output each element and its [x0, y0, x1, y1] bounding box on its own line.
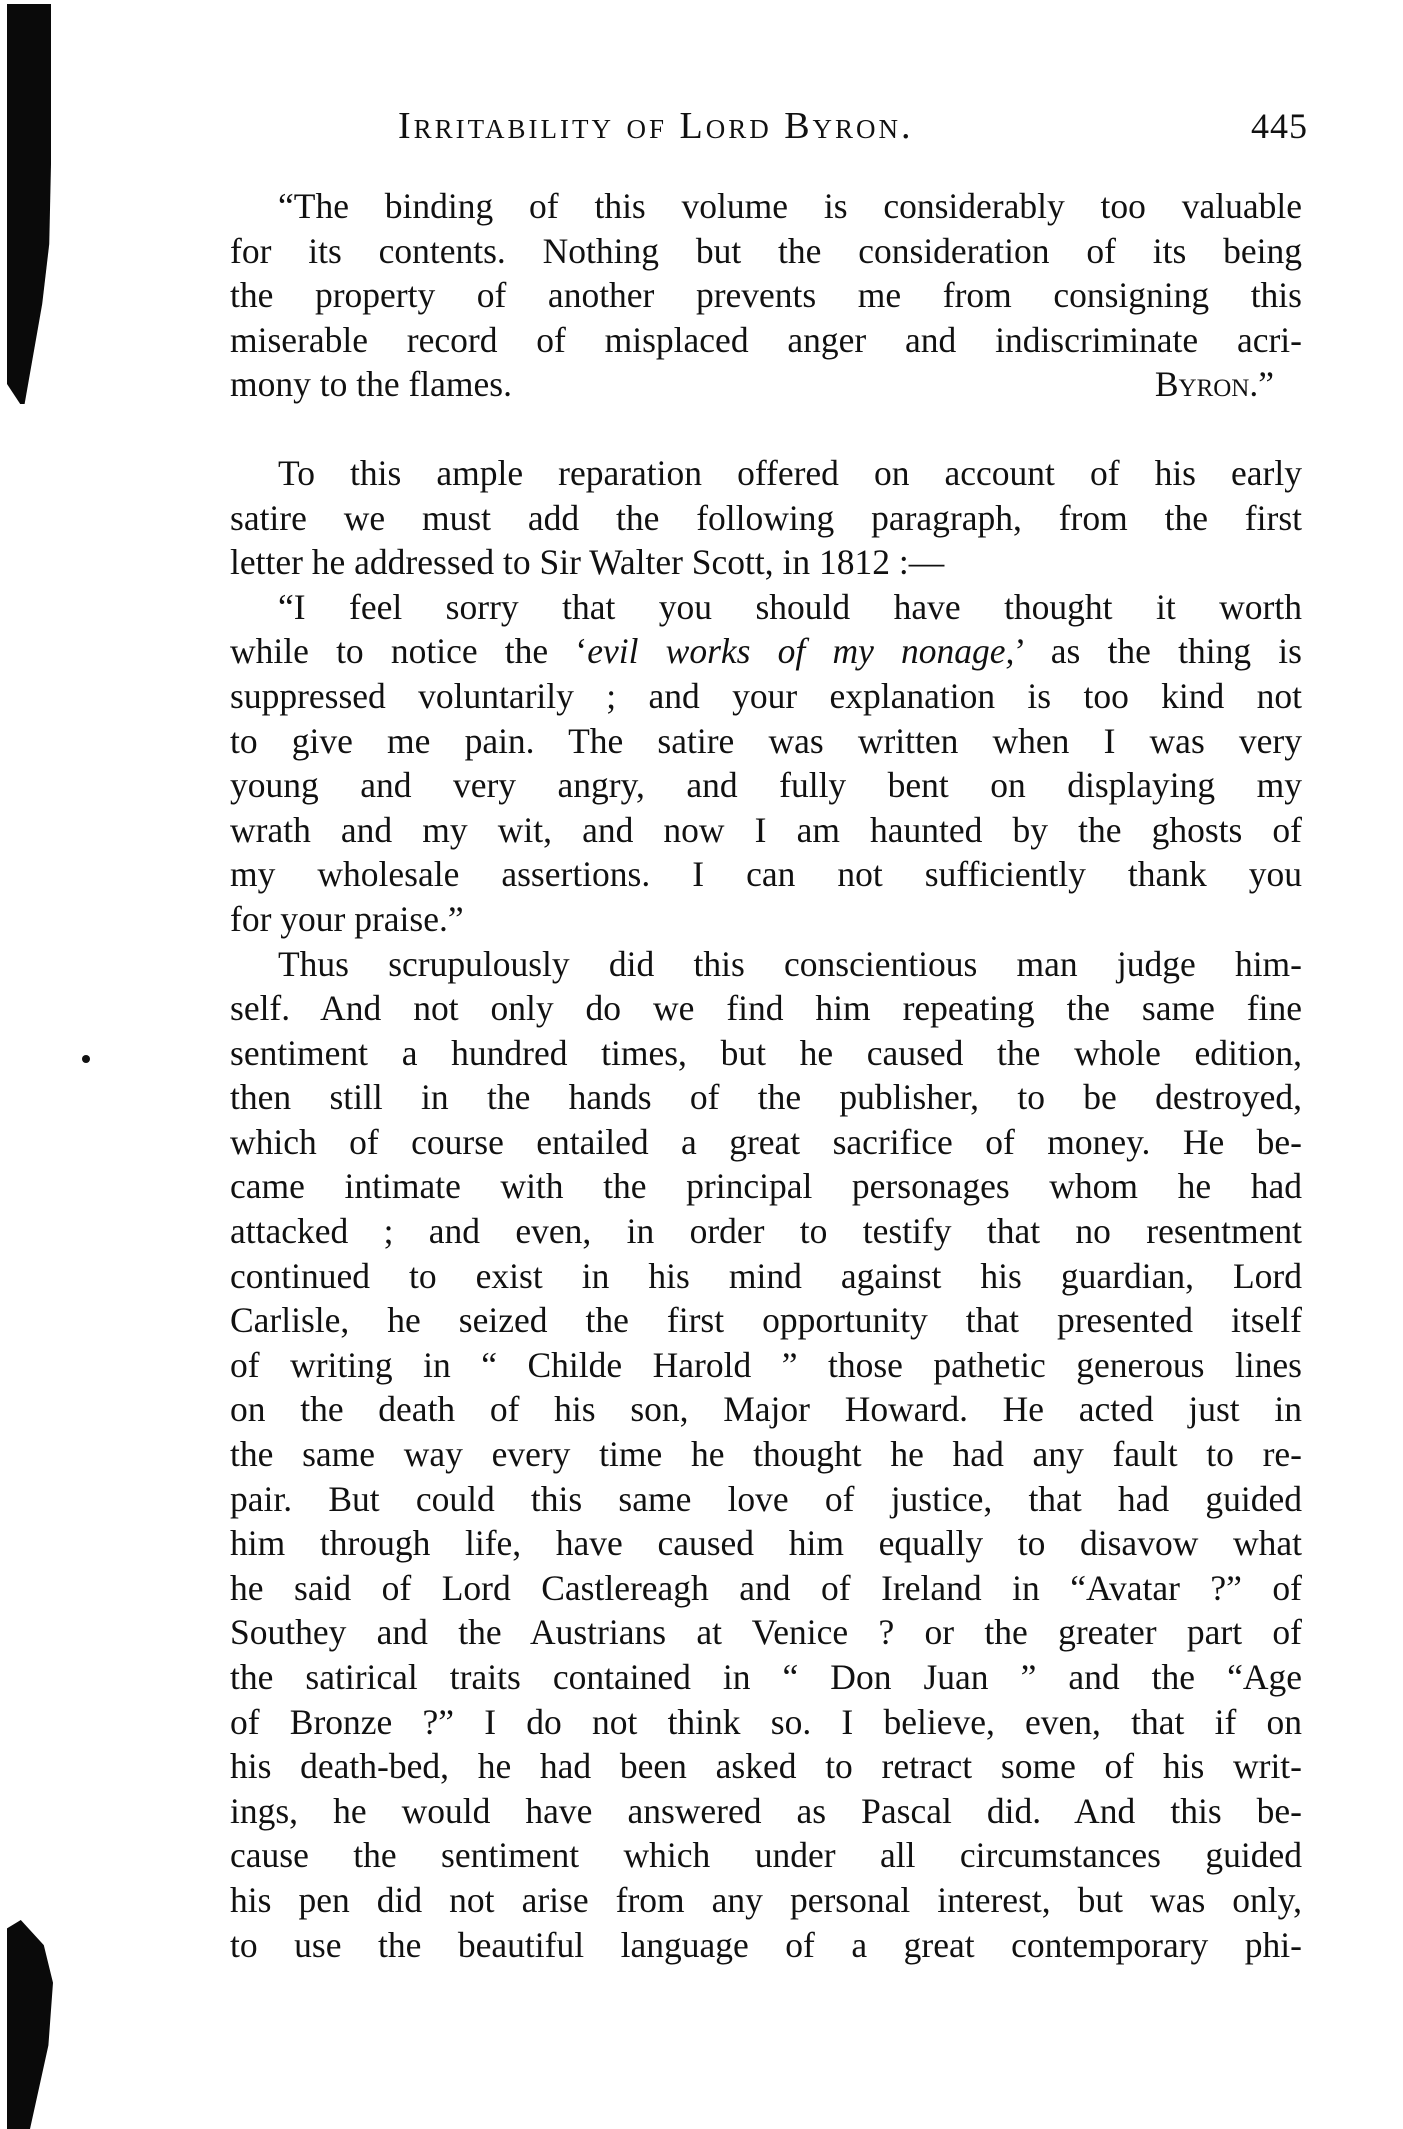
text-line: continued to exist in his mind against h… — [230, 1254, 1302, 1299]
text-line: Carlisle, he seized the first opportunit… — [230, 1298, 1302, 1343]
paragraph-scrupulous: Thus scrupulously did this conscientious… — [230, 942, 1302, 1968]
text-fragment: while to notice the ‘ — [230, 631, 587, 671]
text-line: Thus scrupulously did this conscientious… — [230, 942, 1302, 987]
signature: Byron.” — [1155, 362, 1302, 407]
text-line: “The binding of this volume is considera… — [230, 184, 1302, 229]
text-line: sentiment a hundred times, but he caused… — [230, 1031, 1302, 1076]
ink-speck — [82, 1055, 90, 1063]
text-line: young and very angry, and fully bent on … — [230, 763, 1302, 808]
scan-binding-shadow-top — [7, 4, 51, 404]
text-line: for your praise.” — [230, 897, 1302, 942]
text-line: To this ample reparation offered on acco… — [230, 451, 1302, 496]
text-line: he said of Lord Castlereagh and of Irela… — [230, 1566, 1302, 1611]
text-line: his pen did not arise from any personal … — [230, 1878, 1302, 1923]
text-line: self. And not only do we find him repeat… — [230, 986, 1302, 1031]
paragraph-reparation: To this ample reparation offered on acco… — [230, 451, 1302, 585]
text-line: suppressed voluntarily ; and your explan… — [230, 674, 1302, 719]
text-line: pair. But could this same love of justic… — [230, 1477, 1302, 1522]
text-line: him through life, have caused him equall… — [230, 1521, 1302, 1566]
running-title: Irritability of Lord Byron. — [398, 104, 914, 148]
text-line: of Bronze ?” I do not think so. I believ… — [230, 1700, 1302, 1745]
text-line: cause the sentiment which under all circ… — [230, 1833, 1302, 1878]
text-line-with-italic: while to notice the ‘evil works of my no… — [230, 629, 1302, 674]
text-line: to use the beautiful language of a great… — [230, 1923, 1302, 1968]
text-line: on the death of his son, Major Howard. H… — [230, 1387, 1302, 1432]
page-body: “The binding of this volume is considera… — [230, 184, 1302, 1967]
text-fragment: ’ as the thing is — [1014, 631, 1302, 671]
text-line: ings, he would have answered as Pascal d… — [230, 1789, 1302, 1834]
text-line: miserable record of misplaced anger and … — [230, 318, 1302, 363]
text-line: the same way every time he thought he ha… — [230, 1432, 1302, 1477]
text-line: Southey and the Austrians at Venice ? or… — [230, 1610, 1302, 1655]
text-line: “I feel sorry that you should have thoug… — [230, 585, 1302, 630]
text-line: satire we must add the following paragra… — [230, 496, 1302, 541]
running-header: Irritability of Lord Byron. 445 — [398, 104, 1308, 150]
text-line: mony to the flames. — [230, 362, 512, 407]
signature-line: mony to the flames. Byron.” — [230, 362, 1302, 407]
scott-letter-quote: “I feel sorry that you should have thoug… — [230, 585, 1302, 942]
text-line: wrath and my wit, and now I am haunted b… — [230, 808, 1302, 853]
text-line: came intimate with the principal persona… — [230, 1164, 1302, 1209]
text-line: for its contents. Nothing but the consid… — [230, 229, 1302, 274]
text-line: the property of another prevents me from… — [230, 273, 1302, 318]
text-line: the satirical traits contained in “ Don … — [230, 1655, 1302, 1700]
italic-phrase: evil works of my nonage, — [587, 631, 1014, 671]
text-line: to give me pain. The satire was written … — [230, 719, 1302, 764]
text-line: which of course entailed a great sacrifi… — [230, 1120, 1302, 1165]
text-line: his death-bed, he had been asked to retr… — [230, 1744, 1302, 1789]
text-line: my wholesale assertions. I can not suffi… — [230, 852, 1302, 897]
text-line: of writing in “ Childe Harold ” those pa… — [230, 1343, 1302, 1388]
paragraph-gap — [230, 407, 1302, 451]
text-line: letter he addressed to Sir Walter Scott,… — [230, 540, 1302, 585]
page-number: 445 — [1251, 105, 1308, 147]
text-line: then still in the hands of the publisher… — [230, 1075, 1302, 1120]
text-line: attacked ; and even, in order to testify… — [230, 1209, 1302, 1254]
scan-binding-shadow-bottom — [7, 1920, 53, 2129]
byron-inscription-quote: “The binding of this volume is considera… — [230, 184, 1302, 407]
